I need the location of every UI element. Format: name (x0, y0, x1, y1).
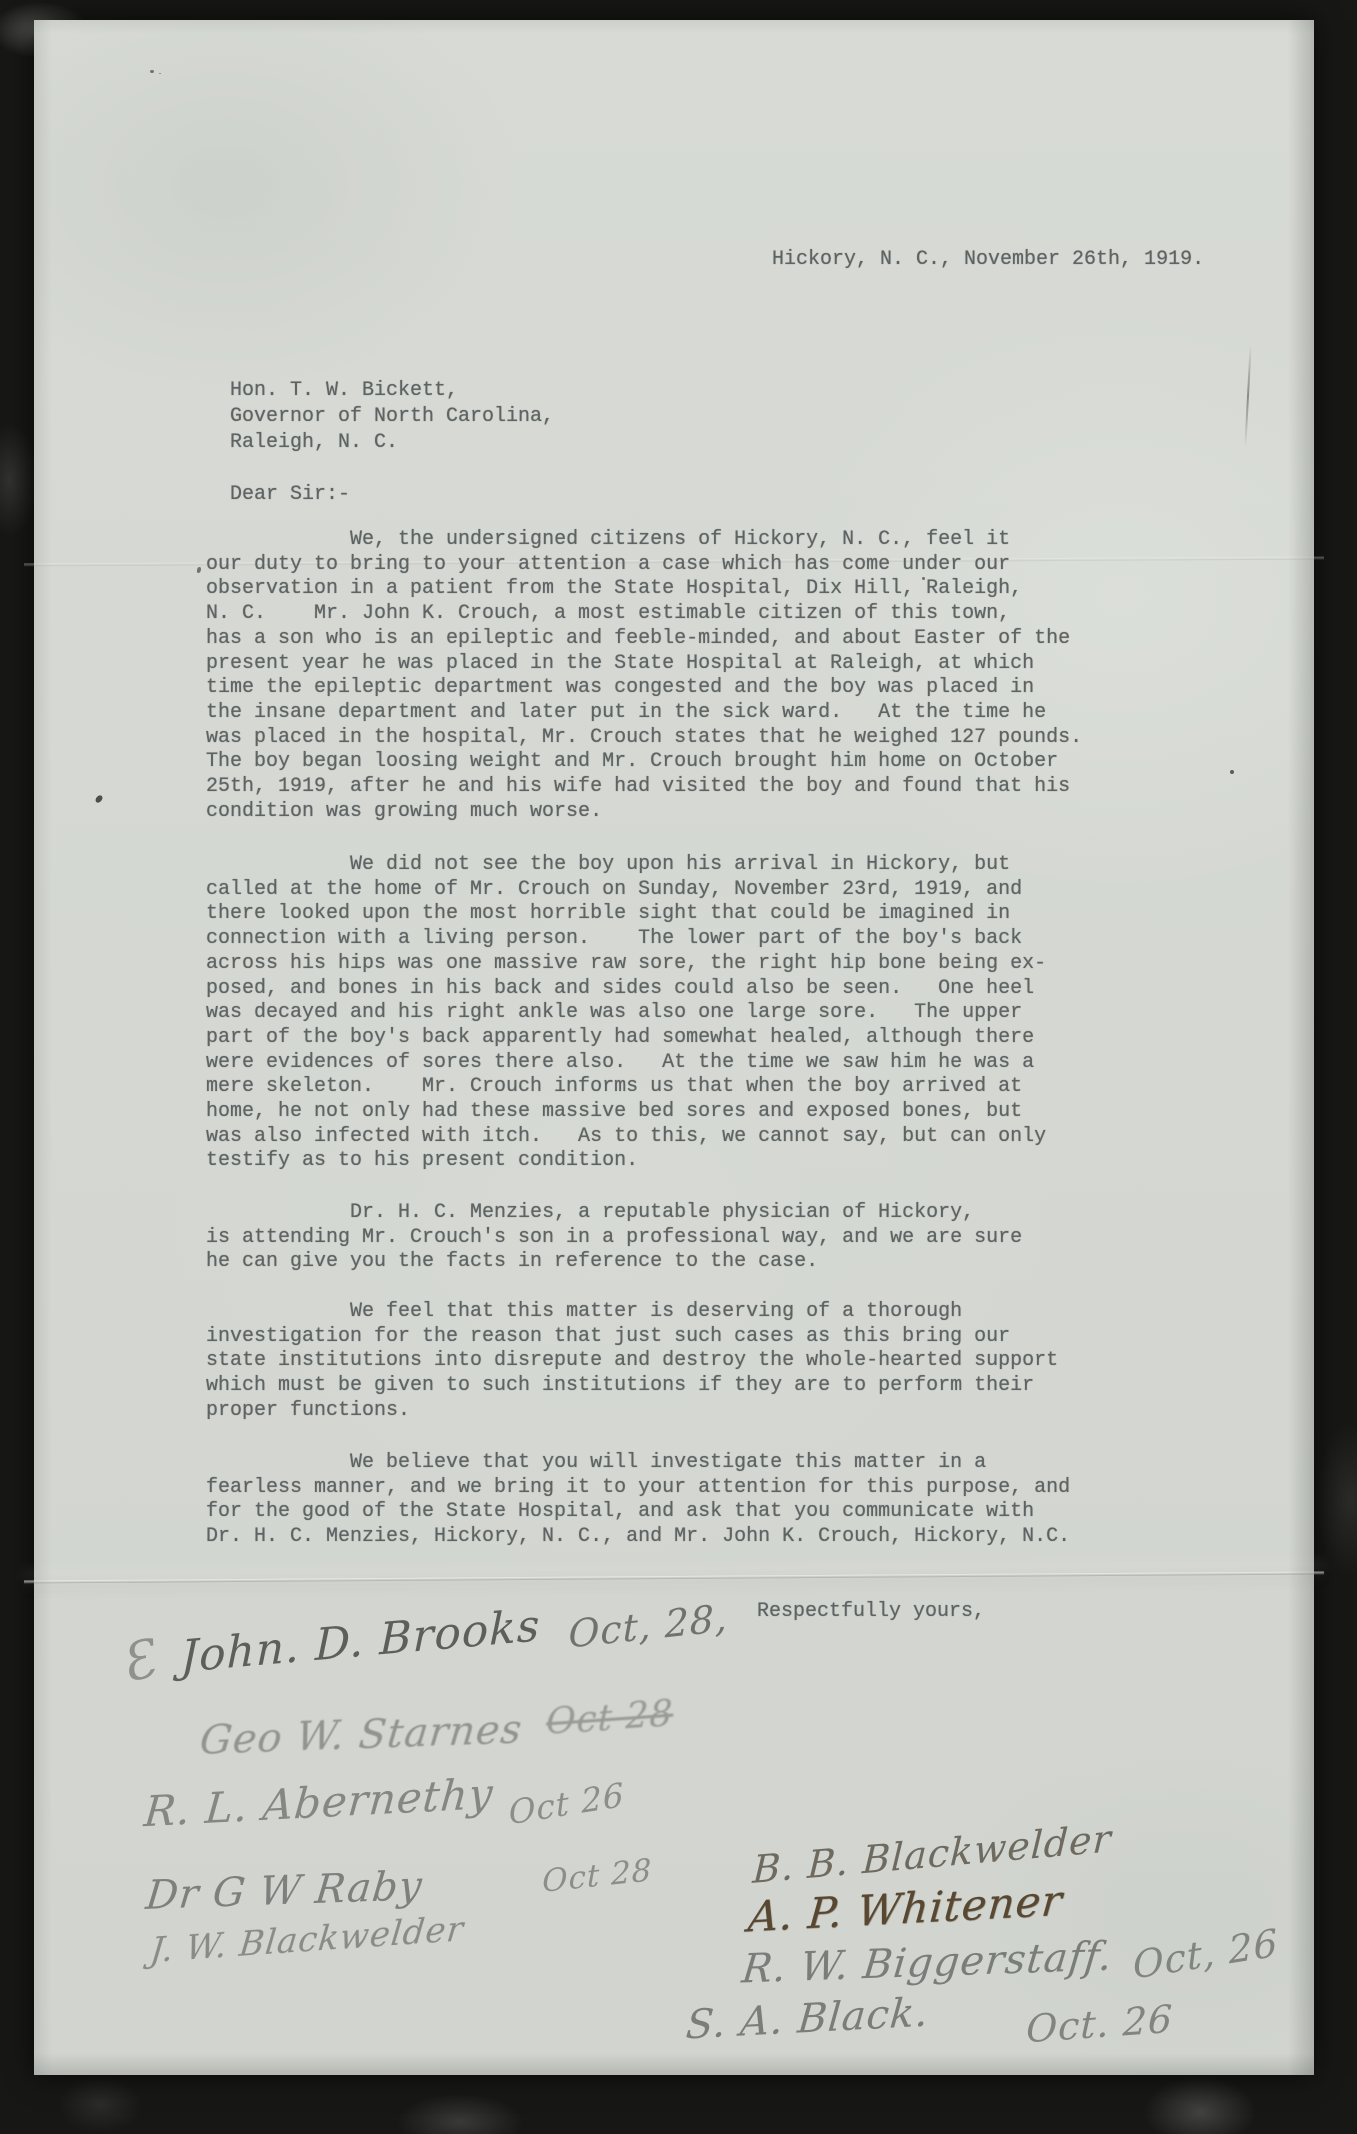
signature-flourish-mark: Ɛ (115, 1629, 162, 1695)
signature-date-biggerstaff: Oct, 26 (1132, 1920, 1280, 1987)
signature-j-w-blackwelder: J. W. Blackwelder (148, 1909, 466, 1971)
ink-speck (150, 70, 154, 73)
closing-line: Respectfully yours, (757, 1600, 985, 1625)
paper-crack (1244, 345, 1251, 447)
body-paragraph-4: We feel that this matter is deserving of… (206, 1300, 1266, 1424)
signature-date-starnes: Oct 28 (545, 1693, 674, 1743)
salutation: Dear Sir:- (230, 483, 350, 508)
recipient-address: Hon. T. W. Bickett, Governor of North Ca… (230, 378, 554, 456)
signature-date-black: Oct. 26 (1025, 1997, 1173, 2051)
body-paragraph-1: We, the undersigned citizens of Hickory,… (206, 528, 1266, 824)
body-paragraph-5: We believe that you will investigate thi… (206, 1451, 1266, 1550)
ink-speck (197, 567, 201, 573)
dateline: Hickory, N. C., November 26th, 1919. (772, 248, 1204, 273)
signature-dr-g-w-raby: Dr G W Raby (144, 1863, 425, 1919)
body-paragraph-3: Dr. H. C. Menzies, a reputable physician… (206, 1201, 1266, 1275)
signature-s-a-black: S. A. Black. (684, 1990, 931, 2049)
signature-date-brooks: Oct, 28, (568, 1596, 727, 1657)
fold-crease-lower (24, 1571, 1324, 1583)
signature-r-w-biggerstaff: R. W. Biggerstaff. (740, 1933, 1115, 1992)
signature-date-abernethy: Oct 26 (508, 1775, 626, 1833)
signature-r-l-abernethy: R. L. Abernethy (142, 1769, 495, 1837)
signature-john-d-brooks: John. D. Brooks (180, 1600, 541, 1683)
ink-speck (95, 794, 104, 804)
scanned-letter-page: Hickory, N. C., November 26th, 1919. Hon… (34, 20, 1314, 2075)
body-paragraph-2: We did not see the boy upon his arrival … (206, 853, 1266, 1174)
signature-geo-w-starnes: Geo W. Starnes (198, 1706, 525, 1763)
signature-date-raby: Oct 28 (542, 1852, 652, 1900)
